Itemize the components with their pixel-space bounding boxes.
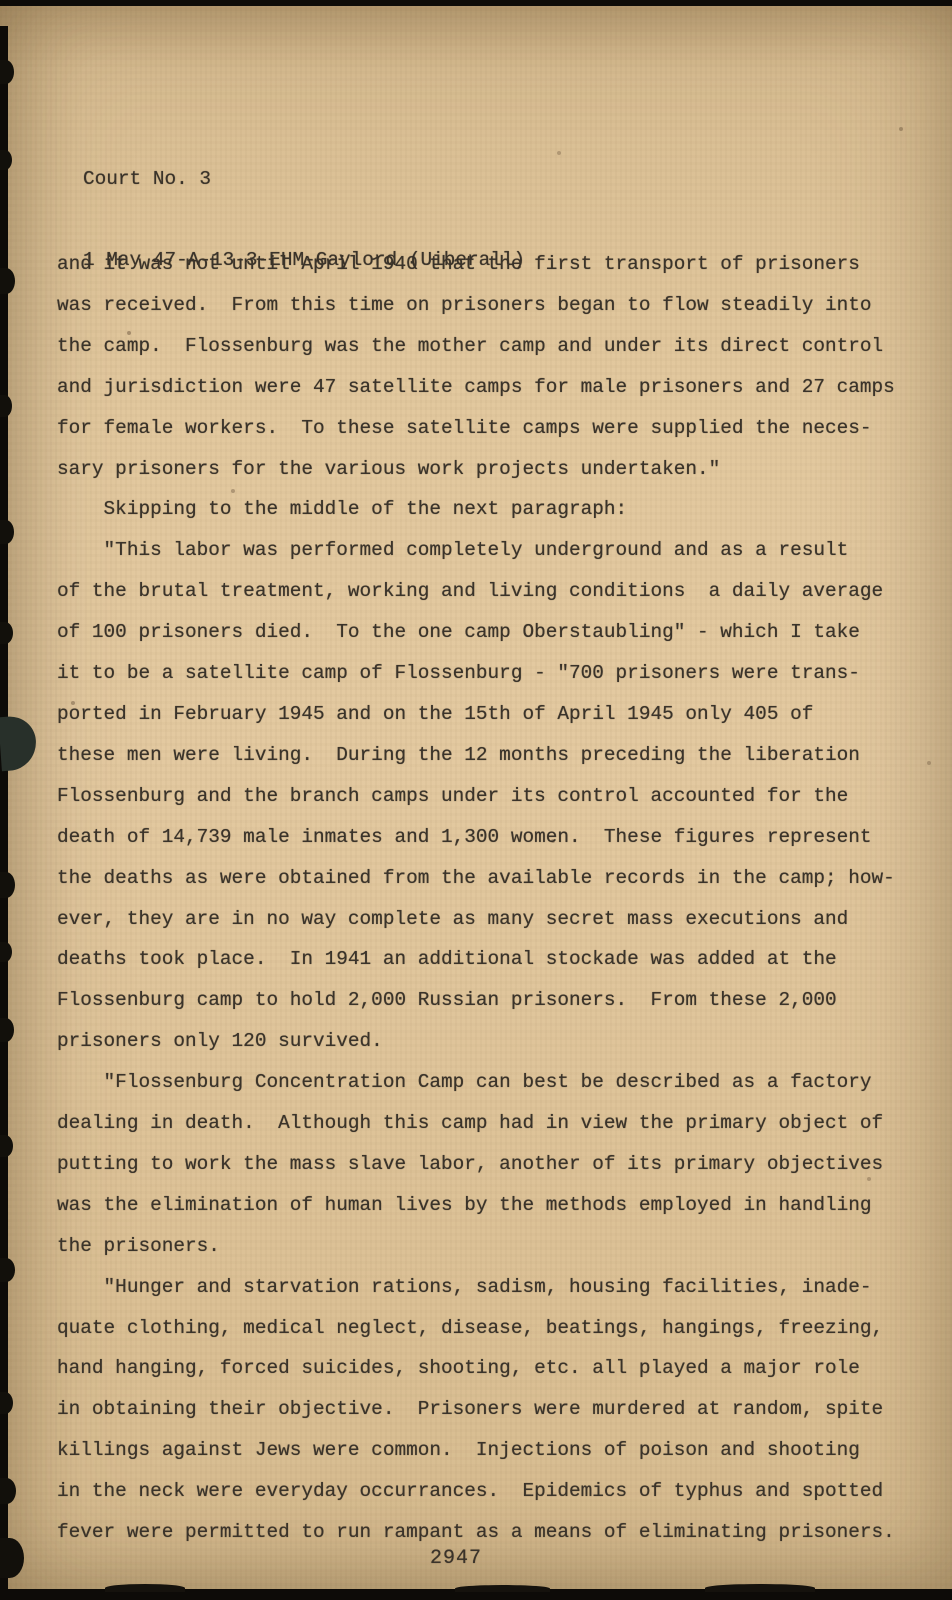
typed-line: in obtaining their objective. Prisoners … — [57, 1389, 917, 1430]
scan-edge-notch — [0, 1018, 14, 1042]
scan-edge-notch — [0, 1258, 15, 1282]
scan-edge-notch — [0, 1135, 13, 1157]
typed-line: death of 14,739 male inmates and 1,300 w… — [57, 817, 917, 858]
typed-line: ported in February 1945 and on the 15th … — [57, 694, 917, 735]
typed-line: sary prisoners for the various work proj… — [57, 449, 917, 490]
typed-line: these men were living. During the 12 mon… — [57, 735, 917, 776]
scan-edge-notch — [0, 60, 14, 84]
typed-line: the deaths as were obtained from the ava… — [57, 858, 917, 899]
scan-edge-notch — [0, 1538, 24, 1578]
typed-line: prisoners only 120 survived. — [57, 1021, 917, 1062]
typed-line: it to be a satellite camp of Flossenburg… — [57, 653, 917, 694]
scan-edge-notch — [0, 1478, 16, 1504]
typed-line: the camp. Flossenburg was the mother cam… — [57, 326, 917, 367]
typed-line: the prisoners. — [57, 1226, 917, 1267]
transcript-body: and it was not until April 1940 that the… — [57, 244, 917, 1553]
typed-line: hand hanging, forced suicides, shooting,… — [57, 1348, 917, 1389]
typed-line: "This labor was performed completely und… — [57, 530, 917, 571]
page-number: 2947 — [430, 1547, 482, 1570]
scan-edge-notch — [0, 268, 15, 294]
scan-bottom-artifact — [455, 1585, 550, 1592]
typed-line: deaths took place. In 1941 an additional… — [57, 939, 917, 980]
court-number-line: Court No. 3 — [83, 166, 525, 193]
typed-line: was the elimination of human lives by th… — [57, 1185, 917, 1226]
typed-line: for female workers. To these satellite c… — [57, 408, 917, 449]
scan-edge-notch — [0, 622, 13, 644]
scan-edge-notch — [0, 1392, 13, 1414]
paper-specks — [0, 0, 2, 2]
scan-edge-left — [0, 26, 8, 1600]
typed-line: "Hunger and starvation rations, sadism, … — [57, 1267, 917, 1308]
ink-blot-artifact — [0, 715, 38, 771]
typed-line: Flossenburg camp to hold 2,000 Russian p… — [57, 980, 917, 1021]
scan-bottom-artifact — [705, 1584, 815, 1592]
typed-line: of the brutal treatment, working and liv… — [57, 571, 917, 612]
typed-line: Skipping to the middle of the next parag… — [57, 489, 917, 530]
scanned-document-page: { "colors": { "paper": "#dfc59b", "ink":… — [0, 0, 952, 1600]
typed-line: ever, they are in no way complete as man… — [57, 899, 917, 940]
typed-line: of 100 prisoners died. To the one camp O… — [57, 612, 917, 653]
typed-line: fever were permitted to run rampant as a… — [57, 1512, 917, 1553]
scan-edge-top — [0, 0, 952, 6]
typed-line: putting to work the mass slave labor, an… — [57, 1144, 917, 1185]
typed-line: dealing in death. Although this camp had… — [57, 1103, 917, 1144]
typed-line: Flossenburg and the branch camps under i… — [57, 776, 917, 817]
scan-edge-notch — [0, 150, 12, 170]
typed-line: and it was not until April 1940 that the… — [57, 244, 917, 285]
typed-line: killings against Jews were common. Injec… — [57, 1430, 917, 1471]
typed-line: quate clothing, medical neglect, disease… — [57, 1308, 917, 1349]
typed-line: in the neck were everyday occurrances. E… — [57, 1471, 917, 1512]
typed-line: "Flossenburg Concentration Camp can best… — [57, 1062, 917, 1103]
scan-edge-notch — [0, 942, 12, 962]
typed-line: and jurisdiction were 47 satellite camps… — [57, 367, 917, 408]
typed-line: was received. From this time on prisoner… — [57, 285, 917, 326]
scan-edge-notch — [0, 520, 14, 544]
scan-edge-notch — [0, 872, 15, 898]
scan-bottom-artifact — [105, 1584, 185, 1592]
scan-edge-notch — [0, 395, 12, 417]
